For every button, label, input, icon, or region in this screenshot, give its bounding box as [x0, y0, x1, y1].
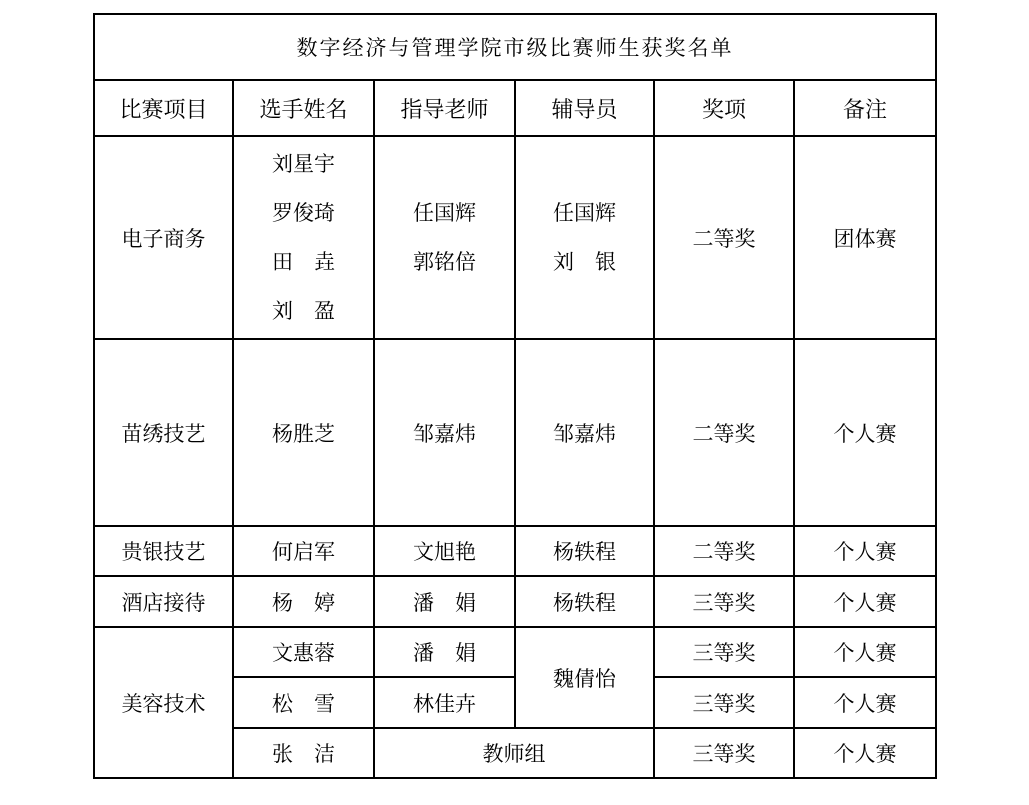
table-row: 电子商务 刘星宇 罗俊琦 田 垚 刘 盈 任国辉 郭铭倍 任国辉 刘 银 二等奖… — [94, 136, 936, 339]
document-sheet: 数字经济与管理学院市级比赛师生获奖名单 比赛项目 选手姓名 指导老师 辅导员 奖… — [93, 13, 937, 779]
event-cell: 酒店接待 — [94, 576, 233, 627]
event-cell: 贵银技艺 — [94, 526, 233, 576]
note-cell: 团体赛 — [794, 136, 936, 339]
award-cell: 二等奖 — [654, 339, 794, 526]
note-cell: 个人赛 — [794, 339, 936, 526]
player-cell: 文惠蓉 — [233, 627, 374, 677]
player-cell: 何启军 — [233, 526, 374, 576]
teacher-group-cell: 教师组 — [374, 728, 654, 778]
teacher-cell: 文旭艳 — [374, 526, 515, 576]
award-cell: 三等奖 — [654, 576, 794, 627]
event-cell: 美容技术 — [94, 627, 233, 778]
award-cell: 三等奖 — [654, 728, 794, 778]
counselor-name: 任国辉 — [516, 189, 653, 238]
teacher-name: 任国辉 — [375, 189, 514, 238]
player-name: 刘 盈 — [234, 287, 373, 336]
header-row: 比赛项目 选手姓名 指导老师 辅导员 奖项 备注 — [94, 80, 936, 136]
teacher-name: 郭铭倍 — [375, 238, 514, 287]
award-cell: 三等奖 — [654, 627, 794, 677]
table-row: 美容技术 文惠蓉 潘 娟 魏倩怡 三等奖 个人赛 — [94, 627, 936, 677]
counselor-cell: 魏倩怡 — [515, 627, 654, 728]
teacher-cell: 林佳卉 — [374, 677, 515, 728]
event-cell: 电子商务 — [94, 136, 233, 339]
table-row: 苗绣技艺 杨胜芝 邹嘉炜 邹嘉炜 二等奖 个人赛 — [94, 339, 936, 526]
player-cell: 杨 婷 — [233, 576, 374, 627]
counselor-cell: 邹嘉炜 — [515, 339, 654, 526]
counselor-cell: 杨轶程 — [515, 526, 654, 576]
teacher-cell: 邹嘉炜 — [374, 339, 515, 526]
player-name: 田 垚 — [234, 238, 373, 287]
note-cell: 个人赛 — [794, 627, 936, 677]
player-cell: 松 雪 — [233, 677, 374, 728]
player-name: 刘星宇 — [234, 140, 373, 189]
teacher-cell: 潘 娟 — [374, 576, 515, 627]
column-header-event: 比赛项目 — [94, 80, 233, 136]
award-cell: 三等奖 — [654, 677, 794, 728]
note-cell: 个人赛 — [794, 728, 936, 778]
player-cell: 杨胜芝 — [233, 339, 374, 526]
note-cell: 个人赛 — [794, 576, 936, 627]
award-table: 数字经济与管理学院市级比赛师生获奖名单 比赛项目 选手姓名 指导老师 辅导员 奖… — [93, 13, 937, 779]
table-title: 数字经济与管理学院市级比赛师生获奖名单 — [94, 14, 936, 80]
teacher-cell: 任国辉 郭铭倍 — [374, 136, 515, 339]
award-cell: 二等奖 — [654, 136, 794, 339]
counselor-name: 刘 银 — [516, 238, 653, 287]
player-name: 罗俊琦 — [234, 189, 373, 238]
player-cell: 张 洁 — [233, 728, 374, 778]
column-header-award: 奖项 — [654, 80, 794, 136]
column-header-player: 选手姓名 — [233, 80, 374, 136]
column-header-teacher: 指导老师 — [374, 80, 515, 136]
column-header-note: 备注 — [794, 80, 936, 136]
note-cell: 个人赛 — [794, 526, 936, 576]
table-row: 贵银技艺 何启军 文旭艳 杨轶程 二等奖 个人赛 — [94, 526, 936, 576]
note-cell: 个人赛 — [794, 677, 936, 728]
title-row: 数字经济与管理学院市级比赛师生获奖名单 — [94, 14, 936, 80]
award-cell: 二等奖 — [654, 526, 794, 576]
teacher-cell: 潘 娟 — [374, 627, 515, 677]
counselor-cell: 任国辉 刘 银 — [515, 136, 654, 339]
counselor-cell: 杨轶程 — [515, 576, 654, 627]
column-header-counselor: 辅导员 — [515, 80, 654, 136]
table-row: 酒店接待 杨 婷 潘 娟 杨轶程 三等奖 个人赛 — [94, 576, 936, 627]
event-cell: 苗绣技艺 — [94, 339, 233, 526]
player-cell: 刘星宇 罗俊琦 田 垚 刘 盈 — [233, 136, 374, 339]
